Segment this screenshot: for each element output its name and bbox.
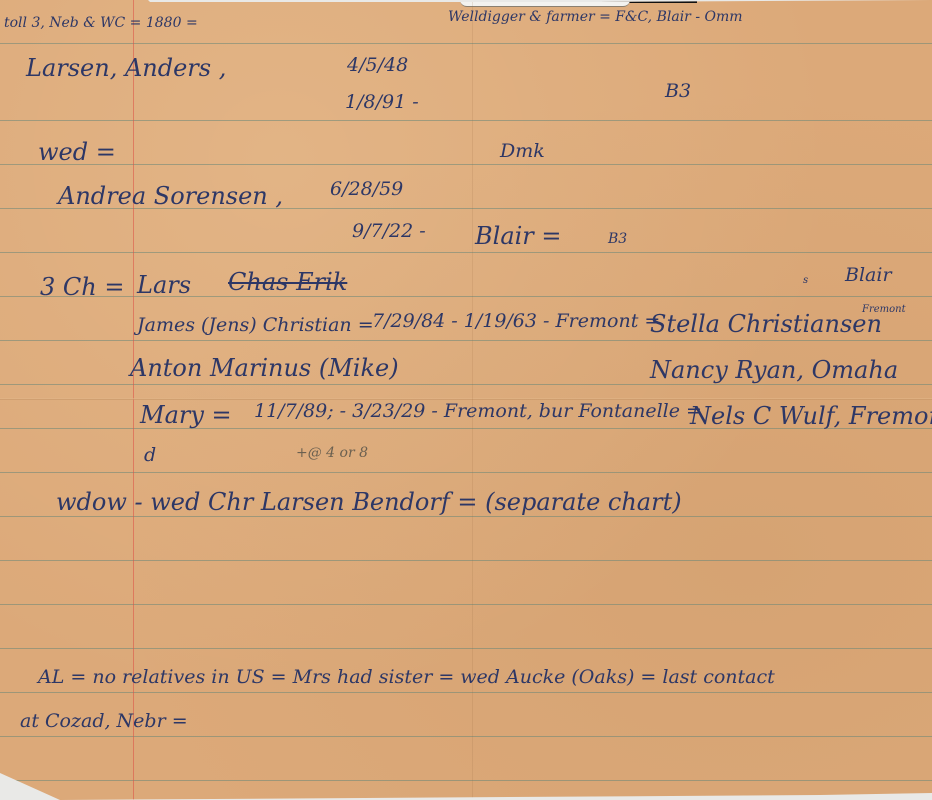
child-4-dates: 11/7/89; - 3/23/29 - Fremont, bur Fontan… bbox=[254, 402, 702, 421]
child-1-name: Lars bbox=[137, 273, 191, 297]
header-occupation-note: Welldigger & farmer = F&C, Blair - Omm bbox=[448, 10, 743, 24]
rule-line bbox=[0, 516, 932, 517]
rule-line bbox=[0, 648, 932, 649]
rule-line bbox=[0, 164, 932, 165]
child-4-spouse: Nels C Wulf, Fremont bbox=[690, 404, 932, 428]
subject-birth-date: 4/5/48 bbox=[347, 56, 408, 75]
child-3-name: Anton Marinus (Mike) bbox=[130, 356, 399, 380]
child-4-mark-d: d bbox=[144, 446, 156, 465]
footer-last-contact-place: at Cozad, Nebr = bbox=[20, 712, 188, 731]
subject-code: B3 bbox=[665, 82, 691, 101]
child-1-note-s: s bbox=[803, 276, 808, 286]
children-label: 3 Ch = bbox=[40, 275, 124, 299]
child-2-spouse: Stella Christiansen bbox=[650, 312, 882, 336]
rule-line bbox=[0, 252, 932, 253]
spouse-label: wed = bbox=[38, 140, 116, 164]
rule-line bbox=[0, 472, 932, 473]
rule-line bbox=[0, 692, 932, 693]
spouse-place: Blair = bbox=[475, 224, 562, 248]
rule-line bbox=[0, 736, 932, 737]
subject-death-date: 1/8/91 - bbox=[345, 93, 419, 112]
tape-strip bbox=[460, 0, 630, 7]
child-4-pencil-note: +@ 4 or 8 bbox=[296, 446, 368, 460]
footer-relatives-note: AL = no relatives in US = Mrs had sister… bbox=[38, 668, 775, 687]
rule-line bbox=[0, 43, 932, 44]
child-3-spouse: Nancy Ryan, Omaha bbox=[650, 358, 898, 382]
spouse-name: Andrea Sorensen , bbox=[58, 184, 283, 208]
spouse-death-date: 9/7/22 - bbox=[352, 222, 426, 241]
child-1-place: Blair bbox=[845, 266, 892, 285]
rule-line bbox=[0, 780, 932, 781]
child-4-name: Mary = bbox=[140, 403, 232, 427]
spouse-origin: Dmk bbox=[500, 142, 545, 161]
rule-line bbox=[0, 340, 932, 341]
rule-line bbox=[0, 604, 932, 605]
child-2-spouse-place: Fremont bbox=[862, 305, 906, 315]
rule-line bbox=[0, 120, 932, 121]
rule-line bbox=[0, 384, 932, 385]
subject-name: Larsen, Anders , bbox=[26, 56, 226, 80]
rule-line bbox=[0, 560, 932, 561]
child-1-struck-name: Chas Erik bbox=[228, 270, 347, 294]
widow-remarriage-note: wdow - wed Chr Larsen Bendorf = (separat… bbox=[56, 490, 682, 514]
spouse-birth-date: 6/28/59 bbox=[330, 180, 403, 199]
header-left-note: toll 3, Neb & WC = 1880 = bbox=[4, 16, 198, 30]
child-2-name: James (Jens) Christian = bbox=[137, 316, 374, 335]
ruled-paper-sheet: toll 3, Neb & WC = 1880 = Welldigger & f… bbox=[0, 0, 932, 800]
spouse-code: B3 bbox=[608, 232, 627, 246]
child-2-dates: 7/29/84 - 1/19/63 - Fremont = bbox=[372, 312, 660, 331]
